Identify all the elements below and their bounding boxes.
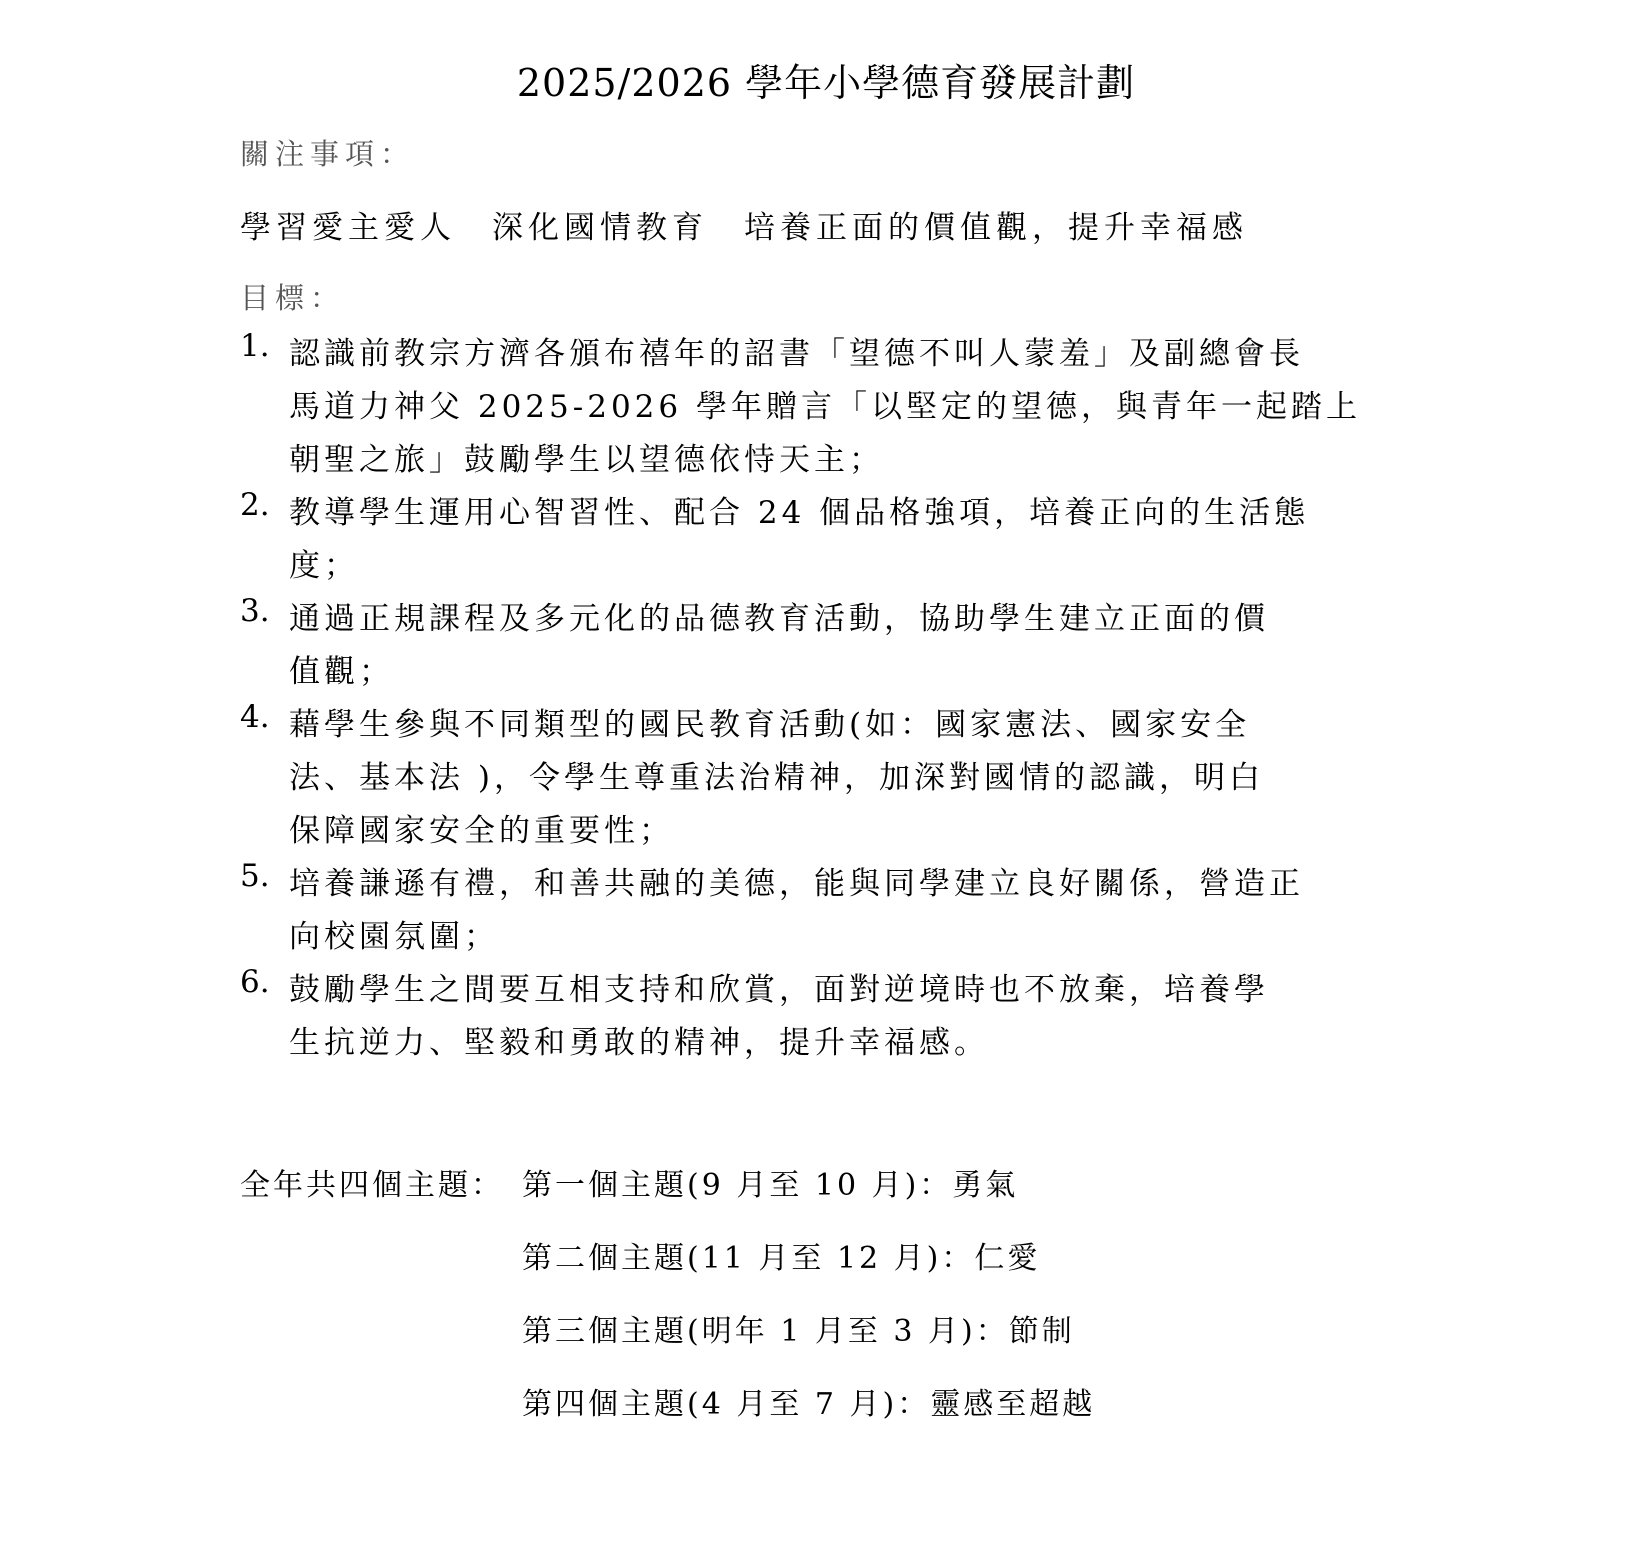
focus-text: 學習愛主愛人 深化國情教育 培養正面的價值觀，提升幸福感 <box>240 202 1248 247</box>
goals-heading: 目標： <box>240 276 345 317</box>
goal-line: 馬道力神父 2025-2026 學年贈言「以堅定的望德，與青年一起踏上 <box>289 381 1361 426</box>
goal-number: 4. <box>240 699 270 735</box>
theme-item: 第二個主題(11 月至 12 月)：仁愛 <box>522 1233 1040 1277</box>
goal-line: 生抗逆力、堅毅和勇敢的精神，提升幸福感。 <box>289 1017 989 1062</box>
goal-line: 向校園氛圍； <box>289 911 499 956</box>
goal-number: 3. <box>240 593 270 629</box>
goal-line: 培養謙遜有禮，和善共融的美德，能與同學建立良好關係，營造正 <box>289 858 1304 903</box>
goal-line: 藉學生參與不同類型的國民教育活動(如：國家憲法、國家安全 <box>289 699 1250 744</box>
goal-line: 通過正規課程及多元化的品德教育活動，協助學生建立正面的價 <box>289 593 1269 638</box>
goal-number: 5. <box>240 858 270 894</box>
goal-number: 6. <box>240 964 270 1000</box>
themes-label: 全年共四個主題： <box>240 1160 504 1204</box>
goal-line: 鼓勵學生之間要互相支持和欣賞，面對逆境時也不放棄，培養學 <box>289 964 1269 1009</box>
goal-line: 朝聖之旅」鼓勵學生以望德依恃天主； <box>289 434 884 479</box>
goal-number: 2. <box>240 487 270 523</box>
goal-line: 度； <box>289 540 359 585</box>
document-title: 2025/2026 學年小學德育發展計劃 <box>0 52 1652 107</box>
goal-line: 法、基本法 )，令學生尊重法治精神，加深對國情的認識，明白 <box>289 752 1264 797</box>
theme-item: 第四個主題(4 月至 7 月)：靈感至超越 <box>522 1379 1095 1423</box>
theme-item: 第三個主題(明年 1 月至 3 月)：節制 <box>522 1306 1075 1350</box>
goal-line: 教導學生運用心智習性、配合 24 個品格強項，培養正向的生活態 <box>289 487 1309 532</box>
goal-number: 1. <box>240 328 270 364</box>
focus-heading: 關注事項： <box>240 132 415 173</box>
goal-line: 保障國家安全的重要性； <box>289 805 674 850</box>
theme-item: 第一個主題(9 月至 10 月)：勇氣 <box>522 1160 1018 1204</box>
goal-line: 值觀； <box>289 646 394 691</box>
goal-line: 認識前教宗方濟各頒布禧年的詔書「望德不叫人蒙羞」及副總會長 <box>289 328 1304 373</box>
